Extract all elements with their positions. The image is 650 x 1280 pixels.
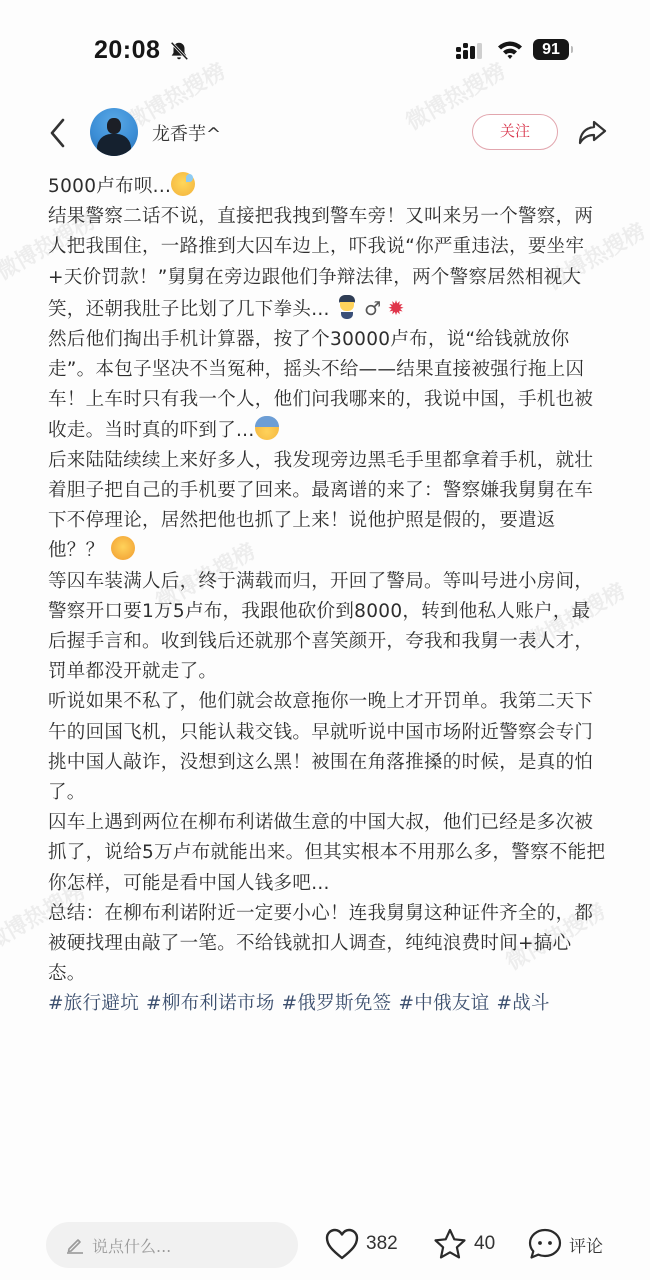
paragraph-text: 等囚车装满人后，终于满载而归，开回了警局。等叫号进小房间，警察开口要1万5卢布，… [48,571,593,683]
paragraph-text: 5000卢布呗... [48,176,171,197]
follow-button[interactable]: 关注 [472,114,558,150]
avatar[interactable] [90,108,138,156]
police-officer-emoji-icon [336,295,358,319]
cellular-signal-icon [456,43,486,61]
status-bar: 20:08 91 [0,0,650,90]
post-paragraph: 等囚车装满人后，终于满载而归，开回了警局。等叫号进小房间，警察开口要1万5卢布，… [48,567,608,688]
hashtag-link[interactable]: #柳布利诺市场 [146,993,275,1014]
share-arrow-icon[interactable] [576,116,608,148]
paragraph-text: 囚车上遇到两位在柳布利诺做生意的中国大叔，他们已经是多次被抓了，说给5万卢布就能… [48,812,605,893]
post-paragraph: 5000卢布呗... [48,172,608,202]
paragraph-text: 结果警察二话不说，直接把我拽到警车旁！又叫来另一个警察，两人把我围住，一路推到大… [48,206,593,320]
battery-indicator: 91 [533,39,569,60]
favorite-button[interactable]: 40 [432,1226,495,1262]
bottom-action-bar: 说点什么... 382 40 评论 [0,1212,650,1280]
comment-placeholder: 说点什么... [92,1234,171,1257]
comment-input[interactable]: 说点什么... [46,1222,298,1268]
post-paragraph: 总结：在柳布利诺附近一定要小心！连我舅舅这种证件齐全的，都被硬找理由敲了一笔。不… [48,899,608,990]
like-button[interactable]: 382 [324,1226,398,1262]
anger-symbol-icon: ✹ [388,296,405,320]
post-body: 5000卢布呗... 结果警察二话不说，直接把我拽到警车旁！又叫来另一个警察，两… [48,172,608,1020]
hashtag-link[interactable]: #中俄友谊 [398,993,489,1014]
hashtag-link[interactable]: #俄罗斯免签 [282,993,392,1014]
favorite-count: 40 [474,1233,495,1255]
male-sign-icon: ♂ [364,298,381,320]
paragraph-text: 然后他们掏出手机计算器，按了个30000卢布，说“给钱就放你走”。本包子坚决不当… [48,329,593,441]
hashtag-link[interactable]: #战斗 [496,993,549,1014]
post-paragraph: 结果警察二话不说，直接把我拽到警车旁！又叫来另一个警察，两人把我围住，一路推到大… [48,202,608,325]
bell-slash-icon [168,40,190,62]
pencil-icon [66,1236,84,1254]
paragraph-text: 总结：在柳布利诺附近一定要小心！连我舅舅这种证件齐全的，都被硬找理由敲了一笔。不… [48,903,593,984]
heart-icon [324,1227,360,1261]
post-paragraph: 然后他们掏出手机计算器，按了个30000卢布，说“给钱就放你走”。本包子坚决不当… [48,325,608,446]
chevron-left-icon[interactable] [46,116,70,150]
post-paragraph: 囚车上遇到两位在柳布利诺做生意的中国大叔，他们已经是多次被抓了，说给5万卢布就能… [48,808,608,899]
comment-label: 评论 [569,1232,603,1257]
like-count: 382 [366,1233,398,1255]
angry-face-emoji-icon [111,536,135,560]
post-detail-screen: 微博热搜榜 微博热搜榜 微博热搜榜 微博热搜榜 微博热搜榜 微博热搜榜 微博热搜… [0,0,650,1280]
post-paragraph: 后来陆陆续续上来好多人，我发现旁边黑毛手里都拿着手机，就壮着胆子把自己的手机要了… [48,446,608,567]
post-header: 龙香芋^ 关注 [0,100,650,164]
username[interactable]: 龙香芋^ [152,120,221,146]
avatar-figure-head [107,118,121,134]
post-paragraph: 听说如果不私了，他们就会故意拖你一晚上才开罚单。我第二天下午的回国飞机，只能认栽… [48,687,608,808]
comment-button[interactable]: 评论 [527,1226,603,1262]
sweat-smile-emoji-icon [171,172,195,196]
fearful-face-emoji-icon [255,416,279,440]
battery-level: 91 [542,41,560,58]
status-time: 20:08 [94,36,160,65]
wifi-icon [497,39,523,61]
avatar-figure-body [97,134,131,156]
paragraph-text: 听说如果不私了，他们就会故意拖你一晚上才开罚单。我第二天下午的回国飞机，只能认栽… [48,691,593,803]
hashtag-list: #旅行避坑#柳布利诺市场#俄罗斯免签#中俄友谊#战斗 [48,989,608,1019]
star-icon [432,1227,468,1261]
chat-bubble-icon [527,1227,563,1261]
hashtag-link[interactable]: #旅行避坑 [48,993,139,1014]
